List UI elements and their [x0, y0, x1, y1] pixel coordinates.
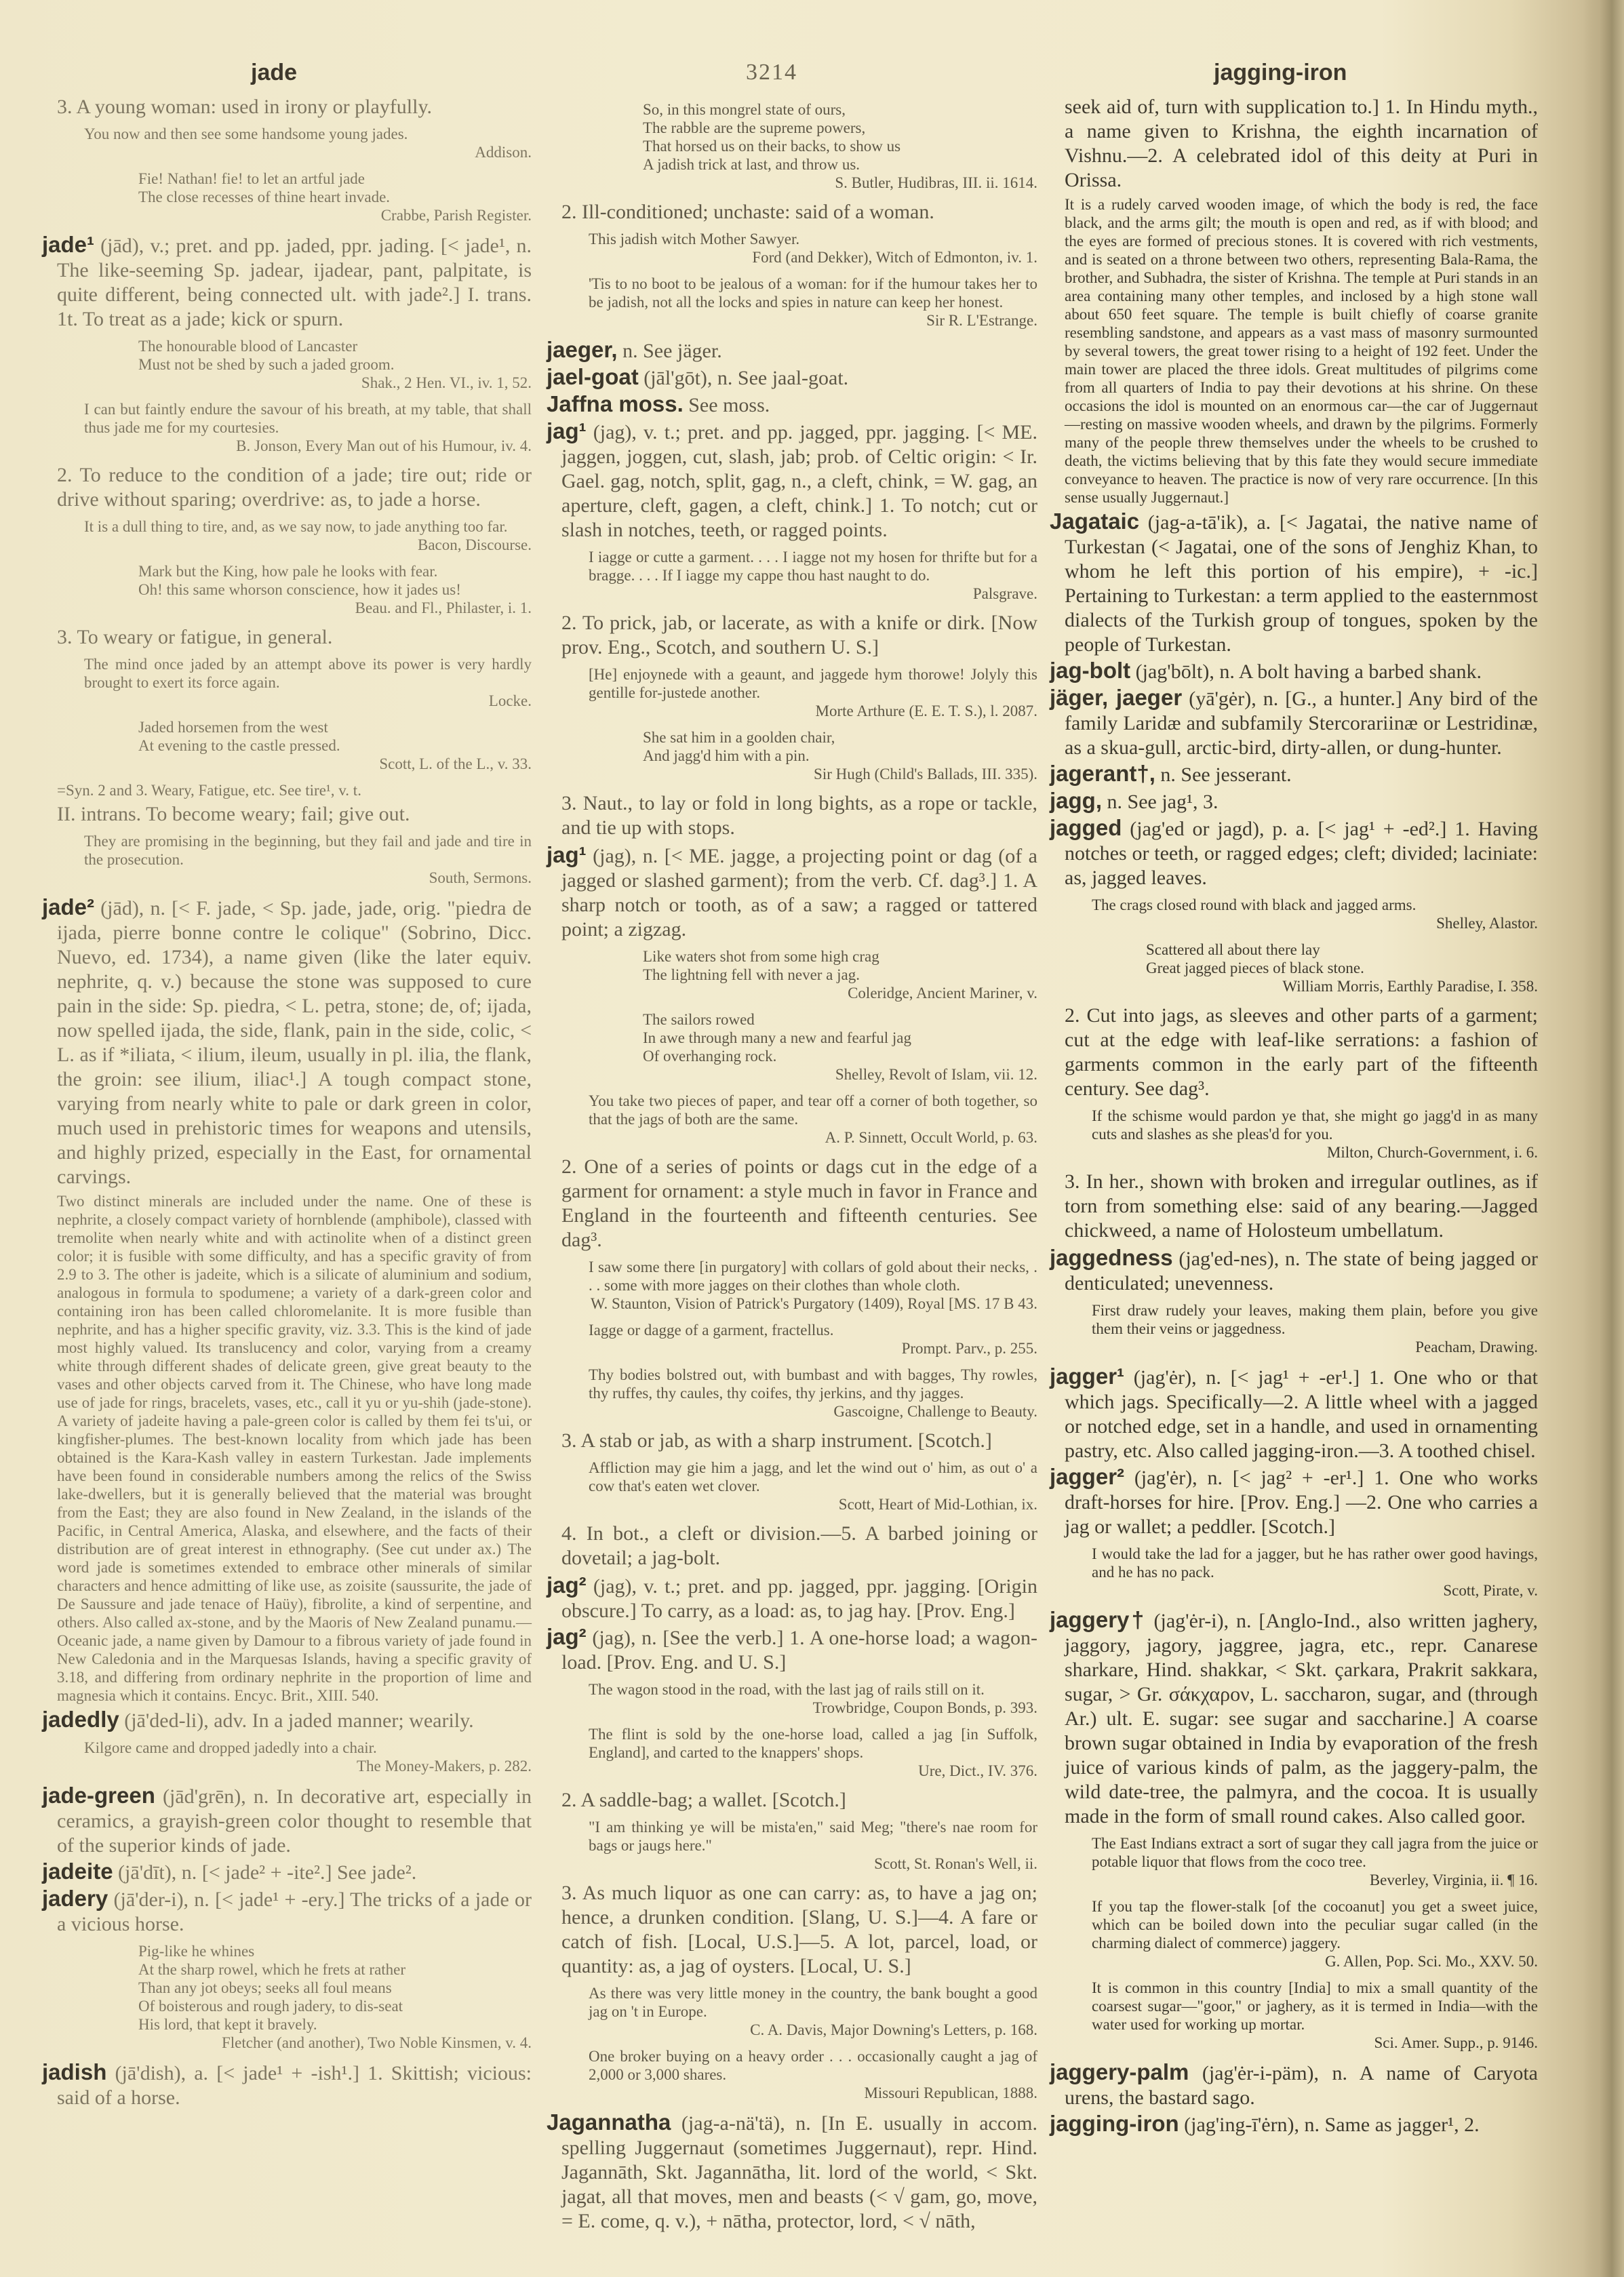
- headword: Jagannatha: [547, 2110, 671, 2135]
- sense-text: 2. A saddle-bag; a wallet. [Scotch.]: [547, 1788, 1037, 1813]
- quote-line: [He] enjoynede with a geaunt, and jagged…: [561, 665, 1037, 702]
- citation-quote: It is a dull thing to tire, and, as we s…: [57, 517, 532, 554]
- quote-line: I would take the lad for a jagger, but h…: [1065, 1545, 1538, 1581]
- quote-line: Oh! this same whorson conscience, how it…: [57, 580, 532, 599]
- citation-quote: So, in this mongrel state of ours,The ra…: [561, 100, 1037, 192]
- citation-source: Scott, L. of the L., v. 33.: [57, 755, 532, 773]
- quote-line: Of overhanging rock.: [561, 1047, 1037, 1065]
- citation-source: Prompt. Parv., p. 255.: [561, 1339, 1037, 1358]
- dictionary-entry: jade-green (jād'grēn), n. In decorative …: [42, 1783, 532, 1858]
- quote-line: "I am thinking ye will be mista'en," sai…: [561, 1818, 1037, 1855]
- citation-source: Beau. and Fl., Philaster, i. 1.: [57, 599, 532, 617]
- page-number: 3214: [746, 60, 797, 85]
- quote-line: I can but faintly endure the savour of h…: [57, 400, 532, 437]
- dictionary-entry: jag¹ (jag), n. [< ME. jagge, a projectin…: [547, 843, 1037, 942]
- citation-source: Ure, Dict., IV. 376.: [561, 1762, 1037, 1780]
- citation-source: Bacon, Discourse.: [57, 536, 532, 554]
- citation-quote: The East Indians extract a sort of sugar…: [1065, 1834, 1538, 1889]
- citation-quote: As there was very little money in the co…: [561, 1984, 1037, 2039]
- binding-shadow: [1583, 0, 1624, 2277]
- citation-quote: The wagon stood in the road, with the la…: [561, 1680, 1037, 1717]
- citation-source: Shak., 2 Hen. VI., iv. 1, 52.: [57, 374, 532, 392]
- citation-quote: I saw some there [in purgatory] with col…: [561, 1258, 1037, 1313]
- citation-source: Sir Hugh (Child's Ballads, III. 335).: [561, 765, 1037, 783]
- citation-source: Scott, St. Ronan's Well, ii.: [561, 1855, 1037, 1873]
- citation-quote: I would take the lad for a jagger, but h…: [1065, 1545, 1538, 1600]
- headword: jag²: [547, 1624, 587, 1649]
- quote-line: At the sharp rowel, which he frets at ra…: [57, 1960, 532, 1979]
- quote-line: Jaded horsemen from the west: [57, 718, 532, 736]
- headword: jade¹: [42, 232, 94, 257]
- headword: jaggery-palm: [1050, 2059, 1189, 2084]
- citation-quote: "I am thinking ye will be mista'en," sai…: [561, 1818, 1037, 1873]
- citation-quote: It is common in this country [India] to …: [1065, 1979, 1538, 2052]
- quote-line: It is a dull thing to tire, and, as we s…: [57, 517, 532, 536]
- dictionary-entry: jagerant†, n. See jesserant.: [1050, 761, 1538, 787]
- quote-line: The mind once jaded by an attempt above …: [57, 655, 532, 692]
- headword: jade-green: [42, 1783, 155, 1808]
- headword: jagerant†,: [1050, 761, 1155, 786]
- quote-line: Kilgore came and dropped jadedly into a …: [57, 1739, 532, 1757]
- headword: jagged: [1050, 815, 1122, 840]
- sense-text: 2. To reduce to the condition of a jade;…: [42, 463, 532, 512]
- citation-quote: The mind once jaded by an attempt above …: [57, 655, 532, 710]
- citation-source: Locke.: [57, 692, 532, 710]
- sense-text: 3. A stab or jab, as with a sharp instru…: [547, 1429, 1037, 1453]
- definition-text: (jād), v.; pret. and pp. jaded, ppr. jad…: [57, 235, 532, 330]
- headword: jaggery†: [1050, 1607, 1147, 1632]
- sense-text: seek aid of, turn with supplication to.]…: [1050, 95, 1538, 193]
- citation-quote: Like waters shot from some high cragThe …: [561, 947, 1037, 1002]
- citation-source: Crabbe, Parish Register.: [57, 206, 532, 224]
- headword: jadish: [42, 2059, 106, 2084]
- citation-source: Gascoigne, Challenge to Beauty.: [561, 1402, 1037, 1421]
- citation-quote: I iagge or cutte a garment. . . . I iagg…: [561, 548, 1037, 603]
- headword: jäger, jaeger: [1050, 685, 1182, 710]
- right-guide-word: jagging-iron: [1214, 60, 1347, 86]
- citation-source: Missouri Republican, 1888.: [561, 2084, 1037, 2102]
- quote-line: You now and then see some handsome young…: [57, 125, 532, 143]
- quote-line: The honourable blood of Lancaster: [57, 337, 532, 355]
- sense-text: 4. In bot., a cleft or division.—5. A ba…: [547, 1522, 1037, 1570]
- quote-line: I saw some there [in purgatory] with col…: [561, 1258, 1037, 1294]
- quote-line: And jagg'd him with a pin.: [561, 747, 1037, 765]
- citation-source: Shelley, Revolt of Islam, vii. 12.: [561, 1065, 1037, 1084]
- dictionary-entry: jagger¹ (jag'ėr), n. [< jag¹ + -er¹.] 1.…: [1050, 1364, 1538, 1463]
- sense-text: II. intrans. To become weary; fail; give…: [42, 802, 532, 827]
- citation-quote: The honourable blood of LancasterMust no…: [57, 337, 532, 392]
- quote-line: If you tap the flower-stalk [of the coco…: [1065, 1897, 1538, 1952]
- citation-source: The Money-Makers, p. 282.: [57, 1757, 532, 1775]
- dictionary-entry: jadedly (jā'ded-li), adv. In a jaded man…: [42, 1707, 532, 1733]
- quote-line: Must not be shed by such a jaded groom.: [57, 355, 532, 374]
- dictionary-entry: jadish (jā'dish), a. [< jade¹ + -ish¹.] …: [42, 2060, 532, 2110]
- definition-text: (jag), v. t.; pret. and pp. jagged, ppr.…: [561, 1575, 1037, 1622]
- citation-quote: Kilgore came and dropped jadedly into a …: [57, 1739, 532, 1775]
- quote-line: Thy bodies bolstred out, with bumbast an…: [561, 1366, 1037, 1402]
- headword: Jagataic: [1050, 509, 1139, 534]
- quote-line: His lord, that kept it bravely.: [57, 2015, 532, 2034]
- headword: jagg,: [1050, 788, 1102, 813]
- right-column: seek aid of, turn with supplication to.]…: [1050, 95, 1538, 2139]
- quote-line: The sailors rowed: [561, 1010, 1037, 1029]
- quote-line: I iagge or cutte a garment. . . . I iagg…: [561, 548, 1037, 585]
- citation-source: Trowbridge, Coupon Bonds, p. 393.: [561, 1699, 1037, 1717]
- citation-source: William Morris, Earthly Paradise, I. 358…: [1065, 977, 1538, 995]
- headword: jadedly: [42, 1707, 119, 1732]
- citation-quote: The sailors rowedIn awe through many a n…: [561, 1010, 1037, 1084]
- headword: jagging-iron: [1050, 2111, 1179, 2136]
- quote-line: She sat him in a goolden chair,: [561, 728, 1037, 747]
- quote-line: The flint is sold by the one-horse load,…: [561, 1725, 1037, 1762]
- quote-line: Like waters shot from some high crag: [561, 947, 1037, 966]
- headword: jag-bolt: [1050, 658, 1130, 683]
- citation-source: Sci. Amer. Supp., p. 9146.: [1065, 2034, 1538, 2052]
- headword: jadeite: [42, 1859, 113, 1884]
- dictionary-entry: jag-bolt (jag'bōlt), n. A bolt having a …: [1050, 658, 1538, 684]
- definition-text: (jāl'gōt), n. See jaal-goat.: [639, 367, 848, 389]
- headword: Jaffna moss.: [547, 391, 684, 416]
- definition-text: (jag'ed or jagd), p. a. [< jag¹ + -ed².]…: [1065, 818, 1538, 889]
- definition-text: See moss.: [684, 394, 770, 416]
- left-guide-word: jade: [251, 60, 297, 86]
- citation-quote: Pig-like he whinesAt the sharp rowel, wh…: [57, 1942, 532, 2052]
- dictionary-entry: jagger² (jag'ėr), n. [< jag² + -er¹.] 1.…: [1050, 1465, 1538, 1539]
- dictionary-entry: jag² (jag), n. [See the verb.] 1. A one-…: [547, 1625, 1037, 1675]
- headword: jade²: [42, 894, 94, 919]
- definition-text: n. See jesserant.: [1155, 764, 1292, 786]
- definition-text: n. See jag¹, 3.: [1102, 791, 1218, 813]
- quote-line: That horsed us on their backs, to show u…: [561, 137, 1037, 155]
- citation-source: Coleridge, Ancient Mariner, v.: [561, 984, 1037, 1002]
- citation-quote: You now and then see some handsome young…: [57, 125, 532, 161]
- citation-source: Addison.: [57, 143, 532, 161]
- dictionary-page: jade 3214 jagging-iron 3. A young woman:…: [0, 0, 1624, 2277]
- citation-source: Milton, Church-Government, i. 6.: [1065, 1143, 1538, 1162]
- headword: jagger¹: [1050, 1364, 1124, 1389]
- definition-text: (jag'ėr-i), n. [Anglo-Ind., also written…: [1065, 1610, 1538, 1827]
- citation-source: C. A. Davis, Major Downing's Letters, p.…: [561, 2021, 1037, 2039]
- quote-line: The crags closed round with black and ja…: [1065, 896, 1538, 914]
- dictionary-entry: jael-goat (jāl'gōt), n. See jaal-goat.: [547, 365, 1037, 391]
- quote-line: The lightning fell with never a jag.: [561, 966, 1037, 984]
- left-column: 3. A young woman: used in irony or playf…: [42, 95, 532, 2112]
- citation-quote: You take two pieces of paper, and tear o…: [561, 1092, 1037, 1147]
- dictionary-entry: Jagataic (jag-a-tā'ik), a. [< Jagatai, t…: [1050, 509, 1538, 657]
- citation-source: B. Jonson, Every Man out of his Humour, …: [57, 437, 532, 455]
- citation-source: Scott, Pirate, v.: [1065, 1581, 1538, 1600]
- quote-line: They are promising in the beginning, but…: [57, 832, 532, 869]
- quote-line: In awe through many a new and fearful ja…: [561, 1029, 1037, 1047]
- quote-line: Fie! Nathan! fie! to let an artful jade: [57, 170, 532, 188]
- citation-source: Shelley, Alastor.: [1065, 914, 1538, 932]
- quote-line: Affliction may gie him a jagg, and let t…: [561, 1459, 1037, 1495]
- definition-text: (jag'ėr), n. [< jag¹ + -er¹.] 1. One who…: [1065, 1366, 1538, 1462]
- quote-line: Iagge or dagge of a garment, fractellus.: [561, 1321, 1037, 1339]
- quote-line: At evening to the castle pressed.: [57, 736, 532, 755]
- dictionary-entry: jaggery† (jag'ėr-i), n. [Anglo-Ind., als…: [1050, 1608, 1538, 1829]
- definition-text: (jag'bōlt), n. A bolt having a barbed sh…: [1130, 660, 1482, 683]
- citation-quote: If the schisme would pardon ye that, she…: [1065, 1107, 1538, 1162]
- citation-quote: Fie! Nathan! fie! to let an artful jadeT…: [57, 170, 532, 224]
- citation-source: Peacham, Drawing.: [1065, 1338, 1538, 1356]
- sense-text: 3. As much liquor as one can carry: as, …: [547, 1881, 1037, 1979]
- dictionary-entry: jag² (jag), v. t.; pret. and pp. jagged,…: [547, 1573, 1037, 1623]
- quote-line: The wagon stood in the road, with the la…: [561, 1680, 1037, 1699]
- middle-column: So, in this mongrel state of ours,The ra…: [547, 95, 1037, 2235]
- quote-line: Mark but the King, how pale he looks wit…: [57, 562, 532, 580]
- definition-text: (jag), v. t.; pret. and pp. jagged, ppr.…: [561, 421, 1037, 541]
- quote-line: Scattered all about there lay: [1065, 941, 1538, 959]
- sense-text: 3. To weary or fatigue, in general.: [42, 625, 532, 650]
- quote-line: Of boisterous and rough jadery, to dis-s…: [57, 1997, 532, 2015]
- citation-source: South, Sermons.: [57, 869, 532, 887]
- sense-text: 2. One of a series of points or dags cut…: [547, 1155, 1037, 1252]
- citation-source: Beverley, Virginia, ii. ¶ 16.: [1065, 1871, 1538, 1889]
- citation-source: Fletcher (and another), Two Noble Kinsme…: [57, 2034, 532, 2052]
- citation-quote: Scattered all about there layGreat jagge…: [1065, 941, 1538, 995]
- quote-line: Pig-like he whines: [57, 1942, 532, 1960]
- quote-line: As there was very little money in the co…: [561, 1984, 1037, 2021]
- definition-text: (jag), n. [< ME. jagge, a projecting poi…: [561, 845, 1037, 941]
- citation-quote: This jadish witch Mother Sawyer.Ford (an…: [561, 230, 1037, 266]
- definition-text: (jag), n. [See the verb.] 1. A one-horse…: [561, 1627, 1037, 1674]
- dictionary-entry: jaggedness (jag'ed-nes), n. The state of…: [1050, 1246, 1538, 1296]
- headword: jaggedness: [1050, 1245, 1173, 1270]
- quote-line: So, in this mongrel state of ours,: [561, 100, 1037, 119]
- sense-text: 3. A young woman: used in irony or playf…: [42, 95, 532, 119]
- dictionary-entry: Jaffna moss. See moss.: [547, 392, 1037, 418]
- quote-line: If the schisme would pardon ye that, she…: [1065, 1107, 1538, 1143]
- quote-line: A jadish trick at last, and throw us.: [561, 155, 1037, 174]
- citation-quote: Thy bodies bolstred out, with bumbast an…: [561, 1366, 1037, 1421]
- citation-source: G. Allen, Pop. Sci. Mo., XXV. 50.: [1065, 1952, 1538, 1971]
- quote-line: Great jagged pieces of black stone.: [1065, 959, 1538, 977]
- headword: jag¹: [547, 418, 587, 443]
- headword: jael-goat: [547, 364, 639, 389]
- definition-text: (jā'der-i), n. [< jade¹ + -ery.] The tri…: [57, 1888, 532, 1935]
- quote-line: You take two pieces of paper, and tear o…: [561, 1092, 1037, 1128]
- citation-quote: Mark but the King, how pale he looks wit…: [57, 562, 532, 617]
- dictionary-entry: jagged (jag'ed or jagd), p. a. [< jag¹ +…: [1050, 816, 1538, 890]
- citation-quote: One broker buying on a heavy order . . .…: [561, 2047, 1037, 2102]
- definition-text: n. See jäger.: [618, 340, 722, 362]
- headword: jag¹: [547, 842, 587, 867]
- citation-quote: The crags closed round with black and ja…: [1065, 896, 1538, 932]
- definition-text: (jā'dīt), n. [< jade² + -ite².] See jade…: [113, 1861, 417, 1884]
- headword: jadery: [42, 1886, 108, 1911]
- sense-text: 3. Naut., to lay or fold in long bights,…: [547, 791, 1037, 840]
- encyclopedic-note: It is a rudely carved wooden image, of w…: [1050, 195, 1538, 507]
- citation-quote: Affliction may gie him a jagg, and let t…: [561, 1459, 1037, 1513]
- encyclopedic-note: =Syn. 2 and 3. Weary, Fatigue, etc. See …: [42, 781, 532, 799]
- encyclopedic-note: Two distinct minerals are included under…: [42, 1192, 532, 1705]
- quote-line: 'Tis to no boot to be jealous of a woman…: [561, 275, 1037, 311]
- dictionary-entry: jag¹ (jag), v. t.; pret. and pp. jagged,…: [547, 419, 1037, 542]
- citation-source: Morte Arthure (E. E. T. S.), l. 2087.: [561, 702, 1037, 720]
- dictionary-entry: jade¹ (jād), v.; pret. and pp. jaded, pp…: [42, 233, 532, 332]
- headword: jagger²: [1050, 1464, 1124, 1489]
- quote-line: Than any jot obeys; seeks all foul means: [57, 1979, 532, 1997]
- citation-quote: The flint is sold by the one-horse load,…: [561, 1725, 1037, 1780]
- definition-text: (jād), n. [< F. jade, < Sp. jade, jade, …: [57, 897, 532, 1188]
- quote-line: The rabble are the supreme powers,: [561, 119, 1037, 137]
- citation-quote: They are promising in the beginning, but…: [57, 832, 532, 887]
- citation-quote: 'Tis to no boot to be jealous of a woman…: [561, 275, 1037, 330]
- citation-source: S. Butler, Hudibras, III. ii. 1614.: [561, 174, 1037, 192]
- sense-text: 2. To prick, jab, or lacerate, as with a…: [547, 611, 1037, 660]
- dictionary-entry: Jagannatha (jag-a-nä'tä), n. [In E. usua…: [547, 2110, 1037, 2234]
- quote-line: One broker buying on a heavy order . . .…: [561, 2047, 1037, 2084]
- definition-text: (jā'dish), a. [< jade¹ + -ish¹.] 1. Skit…: [57, 2062, 532, 2109]
- dictionary-entry: jaggery-palm (jag'ėr-i-päm), n. A name o…: [1050, 2060, 1538, 2110]
- definition-text: (jag'ing-ī'ėrn), n. Same as jagger¹, 2.: [1179, 2114, 1480, 2136]
- dictionary-entry: jadeite (jā'dīt), n. [< jade² + -ite².] …: [42, 1859, 532, 1885]
- quote-line: It is common in this country [India] to …: [1065, 1979, 1538, 2034]
- citation-source: W. Staunton, Vision of Patrick's Purgato…: [561, 1294, 1037, 1313]
- citation-source: Ford (and Dekker), Witch of Edmonton, iv…: [561, 248, 1037, 266]
- citation-source: Palsgrave.: [561, 585, 1037, 603]
- quote-line: First draw rudely your leaves, making th…: [1065, 1301, 1538, 1338]
- dictionary-entry: jade² (jād), n. [< F. jade, < Sp. jade, …: [42, 895, 532, 1189]
- citation-source: Scott, Heart of Mid-Lothian, ix.: [561, 1495, 1037, 1513]
- sense-text: 2. Cut into jags, as sleeves and other p…: [1050, 1004, 1538, 1101]
- definition-text: (jā'ded-li), adv. In a jaded manner; wea…: [119, 1709, 474, 1732]
- citation-source: Sir R. L'Estrange.: [561, 311, 1037, 330]
- quote-line: The close recesses of thine heart invade…: [57, 188, 532, 206]
- quote-line: The East Indians extract a sort of sugar…: [1065, 1834, 1538, 1871]
- citation-quote: First draw rudely your leaves, making th…: [1065, 1301, 1538, 1356]
- headword: jag²: [547, 1572, 587, 1598]
- citation-quote: [He] enjoynede with a geaunt, and jagged…: [561, 665, 1037, 720]
- dictionary-entry: jadery (jā'der-i), n. [< jade¹ + -ery.] …: [42, 1886, 532, 1937]
- sense-text: 2. Ill-conditioned; unchaste: said of a …: [547, 200, 1037, 224]
- citation-quote: She sat him in a goolden chair,And jagg'…: [561, 728, 1037, 783]
- citation-quote: Iagge or dagge of a garment, fractellus.…: [561, 1321, 1037, 1358]
- dictionary-entry: jagging-iron (jag'ing-ī'ėrn), n. Same as…: [1050, 2112, 1538, 2137]
- dictionary-entry: jagg, n. See jag¹, 3.: [1050, 789, 1538, 814]
- dictionary-entry: jaeger, n. See jäger.: [547, 338, 1037, 363]
- citation-source: A. P. Sinnett, Occult World, p. 63.: [561, 1128, 1037, 1147]
- citation-quote: Jaded horsemen from the westAt evening t…: [57, 718, 532, 773]
- sense-text: 3. In her., shown with broken and irregu…: [1050, 1170, 1538, 1243]
- citation-quote: If you tap the flower-stalk [of the coco…: [1065, 1897, 1538, 1971]
- quote-line: This jadish witch Mother Sawyer.: [561, 230, 1037, 248]
- definition-text: (jag'ėr), n. [< jag² + -er¹.] 1. One who…: [1065, 1467, 1538, 1538]
- headword: jaeger,: [547, 337, 618, 362]
- citation-quote: I can but faintly endure the savour of h…: [57, 400, 532, 455]
- dictionary-entry: jäger, jaeger (yā'gėr), n. [G., a hunter…: [1050, 686, 1538, 760]
